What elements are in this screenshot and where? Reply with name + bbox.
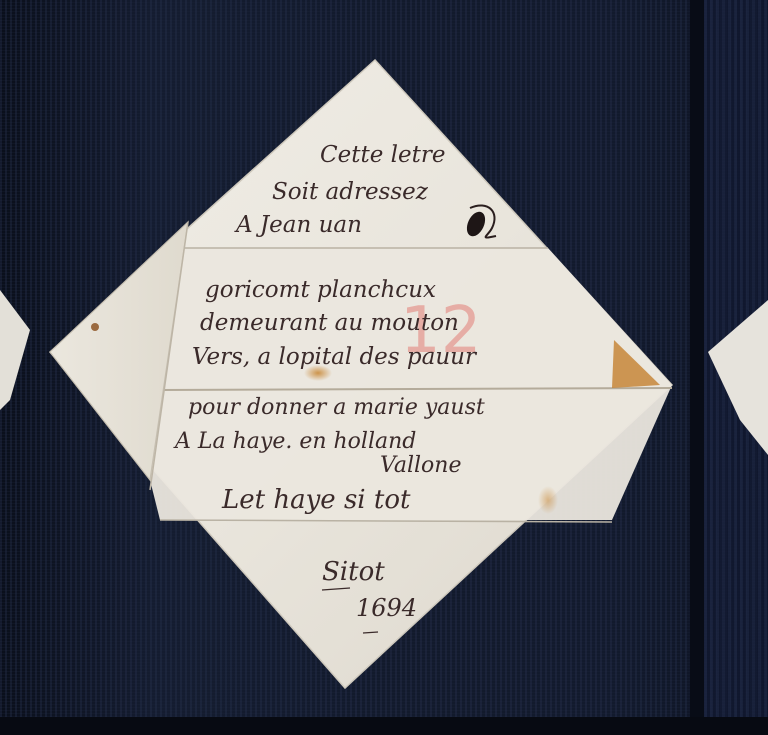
footer-line: 1694 <box>356 594 417 622</box>
address-line: Cette letre <box>320 142 445 168</box>
address-line: Vers, a lopital des pauur <box>192 344 478 370</box>
address-line: Vallone <box>380 453 462 478</box>
address-line: Let haye si tot <box>221 485 411 515</box>
address-line: A Jean uan <box>234 212 362 238</box>
adjacent-letter-left <box>0 290 30 410</box>
address-line: demeurant au mouton <box>200 310 459 336</box>
address-line: A La haye. en holland <box>173 429 416 454</box>
footer-line: Sitot <box>322 557 385 587</box>
adjacent-letter-right <box>708 300 768 455</box>
address-line: goricomt planchcux <box>205 277 436 303</box>
address-line: pour donner a marie yaust <box>188 395 485 420</box>
address-line: Soit adressez <box>272 179 429 205</box>
letter-scene: 12 Cette letre Soit adressez A Jean uan … <box>0 0 768 735</box>
